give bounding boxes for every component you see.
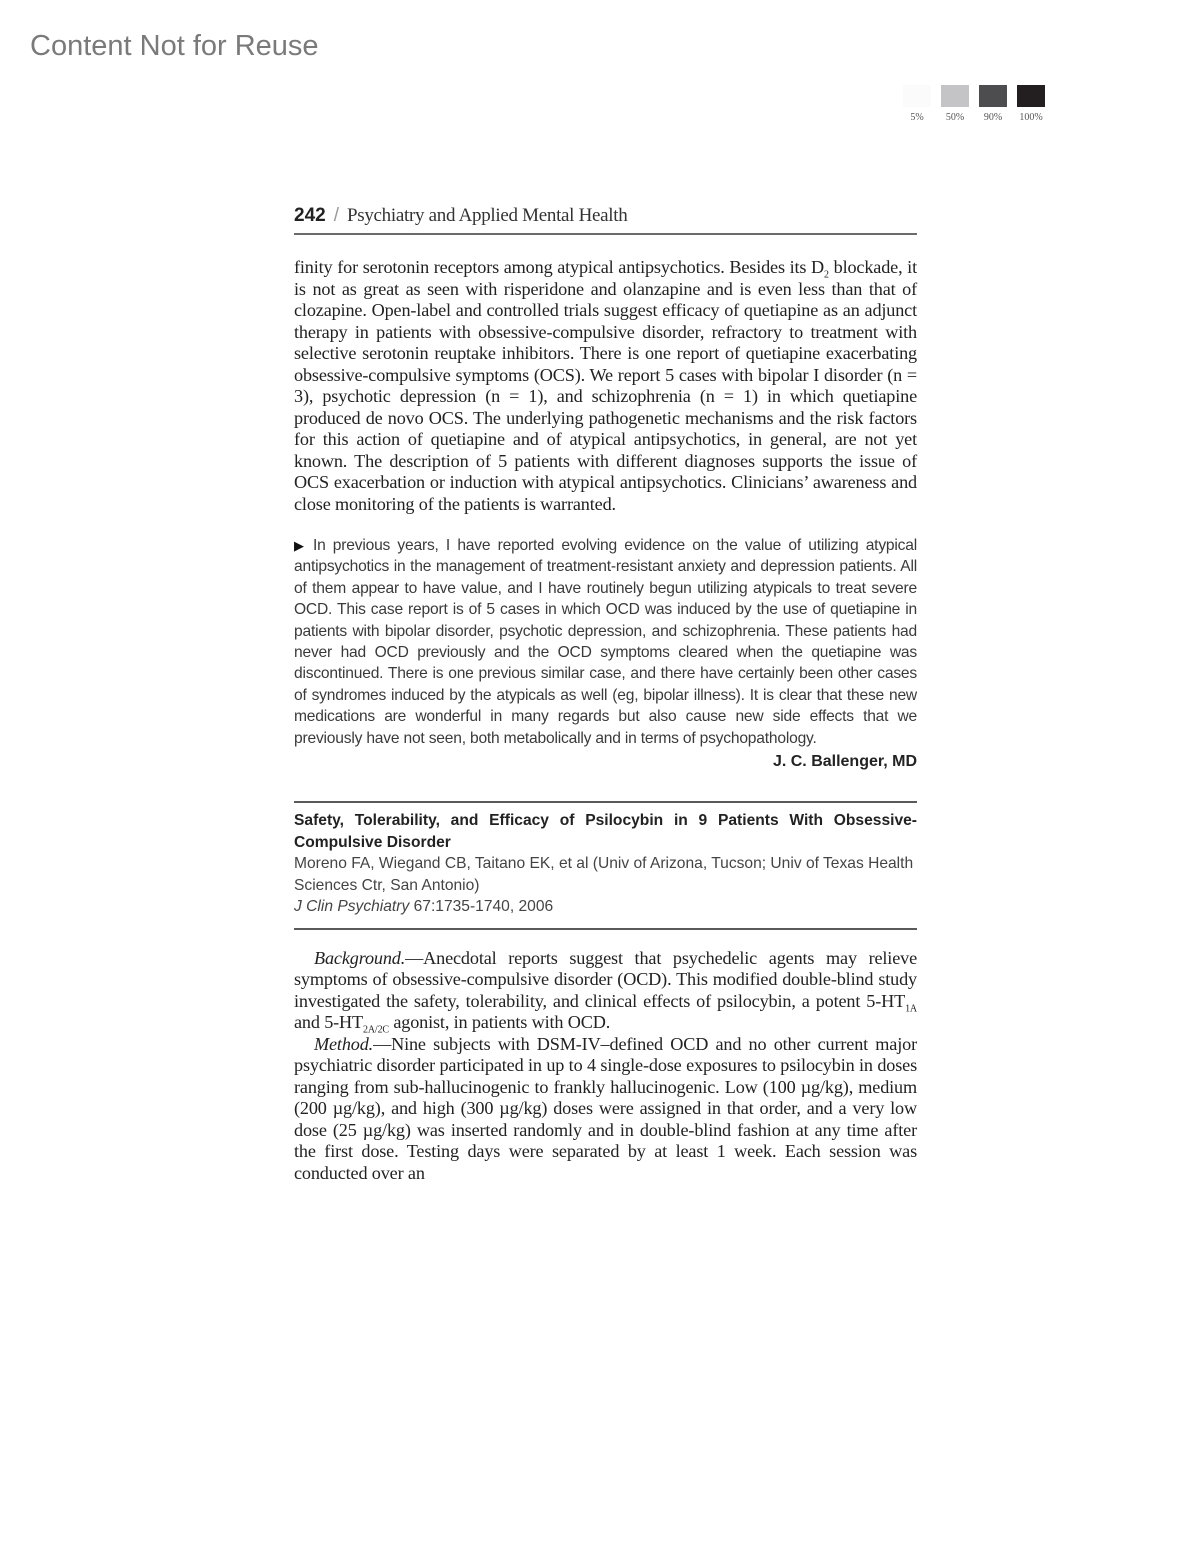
swatch-5: 5%: [898, 85, 936, 123]
abstract-text: blockade, it is not as great as seen wit…: [294, 257, 917, 514]
swatch-90: 90%: [974, 85, 1012, 123]
triangle-arrow-icon: ▶: [294, 538, 307, 553]
swatch-box: [979, 85, 1007, 107]
swatch-box: [1017, 85, 1045, 107]
abstract-background: Background.—Anecdotal reports suggest th…: [294, 948, 917, 1034]
swatch-100: 100%: [1012, 85, 1050, 123]
swatch-box: [941, 85, 969, 107]
running-head-separator: /: [334, 205, 339, 227]
editorial-comment: ▶In previous years, I have reported evol…: [294, 535, 917, 749]
section-heading: Background.: [314, 948, 405, 968]
watermark: Content Not for Reuse: [30, 30, 319, 63]
page-number: 242: [294, 205, 326, 227]
swatch-label: 90%: [974, 112, 1012, 123]
running-head: 242 / Psychiatry and Applied Mental Heal…: [294, 205, 917, 235]
comment-signature: J. C. Ballenger, MD: [294, 753, 917, 771]
abstract-text: finity for serotonin receptors among aty…: [294, 257, 824, 277]
article-journal: J Clin Psychiatry 67:1735-1740, 2006: [294, 896, 917, 918]
article-abstract: Background.—Anecdotal reports suggest th…: [294, 948, 917, 1185]
abstract-text: agonist, in patients with OCD.: [389, 1012, 610, 1032]
continued-abstract: finity for serotonin receptors among aty…: [294, 257, 917, 515]
journal-name: J Clin Psychiatry: [294, 898, 409, 915]
article-title: Safety, Tolerability, and Efficacy of Ps…: [294, 810, 917, 853]
article-authors: Moreno FA, Wiegand CB, Taitano EK, et al…: [294, 853, 917, 896]
swatch-box: [903, 85, 931, 107]
journal-citation: 67:1735-1740, 2006: [414, 898, 554, 915]
swatch-label: 5%: [898, 112, 936, 123]
color-calibration-swatches: 5% 50% 90% 100%: [898, 85, 1050, 123]
abstract-method: Method.—Nine subjects with DSM-IV–define…: [294, 1034, 917, 1185]
swatch-label: 50%: [936, 112, 974, 123]
section-heading: Method.: [314, 1034, 373, 1054]
document-page: 242 / Psychiatry and Applied Mental Heal…: [294, 205, 917, 1184]
comment-text: In previous years, I have reported evolv…: [294, 537, 917, 747]
journal-title: Psychiatry and Applied Mental Health: [347, 205, 627, 227]
abstract-text: —Nine subjects with DSM-IV–defined OCD a…: [294, 1034, 917, 1183]
swatch-50: 50%: [936, 85, 974, 123]
abstract-text: and 5-HT: [294, 1012, 363, 1032]
article-citation: Safety, Tolerability, and Efficacy of Ps…: [294, 801, 917, 930]
subscript: 1A: [905, 1003, 917, 1014]
swatch-label: 100%: [1012, 112, 1050, 123]
